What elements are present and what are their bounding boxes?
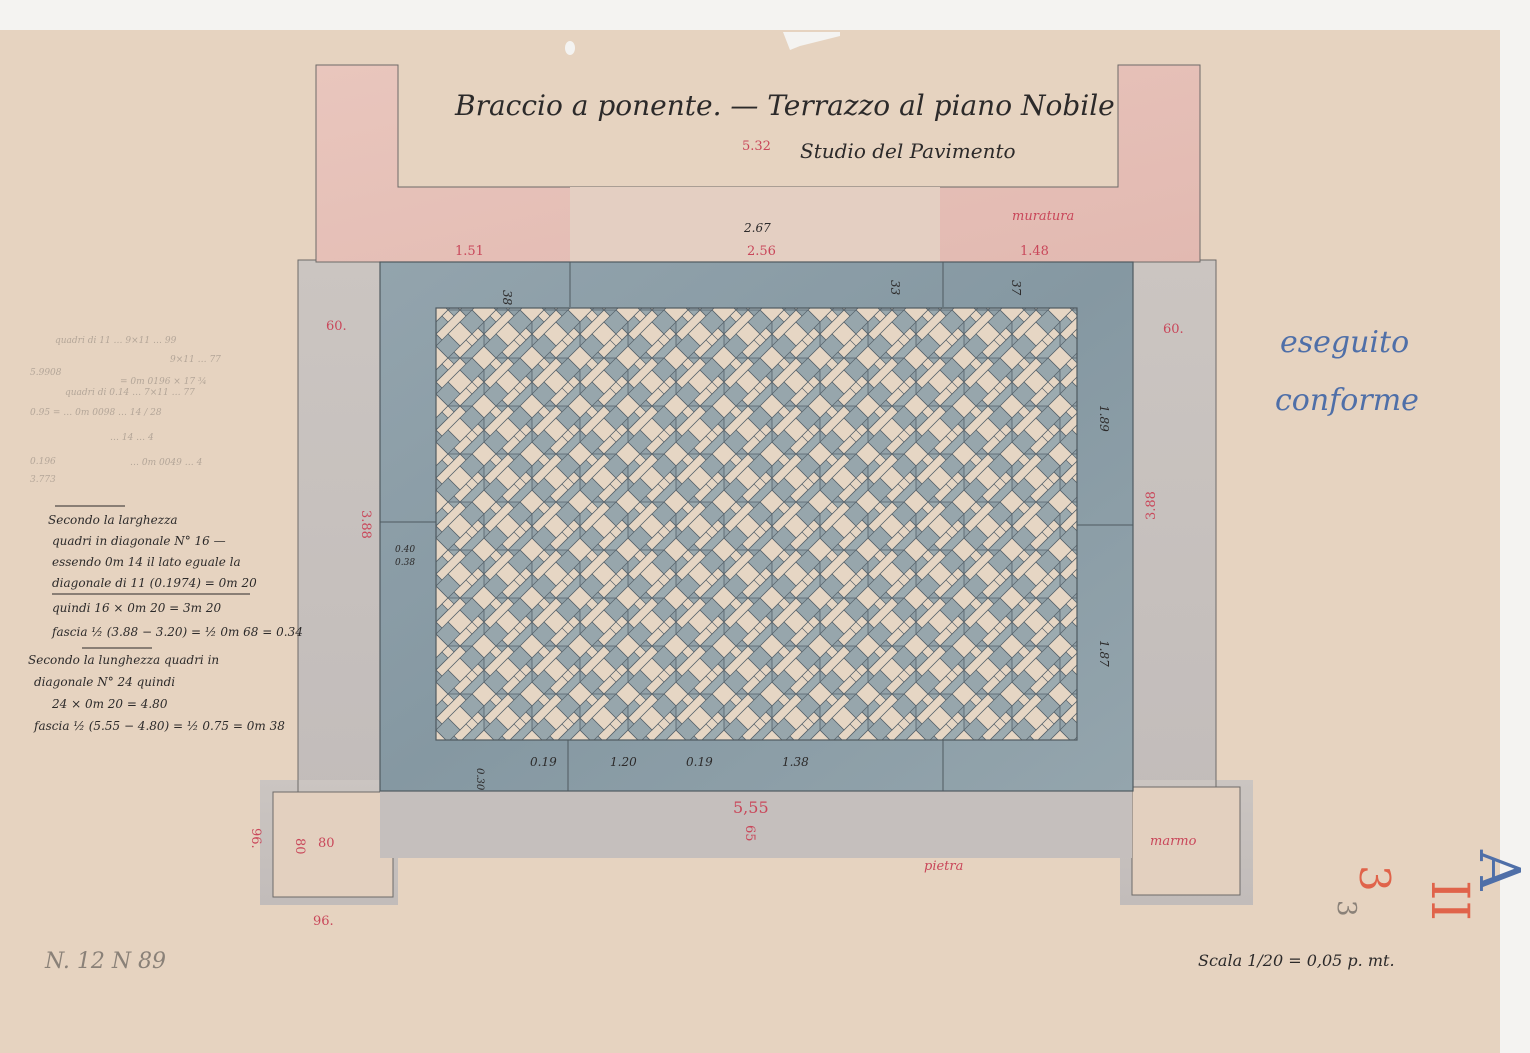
svg-text:eseguito: eseguito — [1280, 325, 1409, 360]
svg-text:= 0m 0196 × 17 ¾: = 0m 0196 × 17 ¾ — [120, 376, 207, 387]
dim-left-side: 60. — [326, 319, 347, 334]
dim-border-side-b: 0.38 — [395, 558, 415, 568]
label-muratura: muratura — [1012, 209, 1074, 224]
svg-text:quadri in diagonale N° 16 —: quadri in diagonale N° 16 — — [52, 534, 226, 548]
archive-mark-roman-ii: II — [1419, 880, 1479, 921]
svg-text:essendo 0m 14 il lato eguale l: essendo 0m 14 il lato eguale la — [52, 555, 241, 569]
architectural-drawing-sheet: 5.32 2.56 1.51 1.48 60. 60. 3.88 3.88 5,… — [0, 0, 1530, 1053]
svg-text:fascia ½ (3.88 − 3.20) = ½ 0m: fascia ½ (3.88 − 3.20) = ½ 0m 68 = 0.34 — [51, 625, 303, 639]
dim-left-pier-h: 96. — [248, 828, 263, 849]
svg-text:quadri di 0.14 … 7×11 … 77: quadri di 0.14 … 7×11 … 77 — [65, 388, 195, 398]
dim-center-wall: 2.56 — [747, 244, 776, 259]
svg-text:diagonale N° 24 quindi: diagonale N° 24 quindi — [34, 675, 175, 689]
archive-mark-pencil-3: 3 — [1331, 900, 1361, 917]
label-marmo: marmo — [1150, 834, 1197, 849]
dim-pier-inner-a: 80 — [292, 838, 307, 855]
lattice-field — [436, 308, 1077, 740]
dim-border-top-right: 37 — [1009, 280, 1023, 296]
svg-text:… 14 … 4: … 14 … 4 — [110, 433, 154, 443]
svg-text:quindi 16 × 0m 20 = 3m 20: quindi 16 × 0m 20 = 3m 20 — [52, 601, 222, 615]
dim-border-side-a: 0.40 — [395, 545, 415, 555]
dim-left-wall: 1.51 — [455, 244, 484, 259]
svg-text:conforme: conforme — [1275, 383, 1419, 418]
label-pietra: pietra — [924, 859, 963, 874]
dim-left-height: 3.88 — [358, 510, 373, 539]
svg-text:… 0m 0049 … 4: … 0m 0049 … 4 — [130, 458, 203, 468]
svg-text:3.773: 3.773 — [30, 475, 56, 485]
drawing-subtitle: Studio del Pavimento — [800, 139, 1016, 163]
dim-bottom-seg-3: 0.19 — [686, 755, 713, 769]
catalog-number: N. 12 N 89 — [44, 949, 166, 974]
dim-border-top-left: 38 — [500, 290, 514, 306]
dim-left-pier-w: 96. — [313, 914, 334, 929]
dim-right-side: 60. — [1163, 322, 1184, 337]
svg-text:9×11 … 77: 9×11 … 77 — [170, 355, 221, 365]
dim-border-right-b: 1.87 — [1097, 640, 1111, 667]
dim-border-top-mid: 33 — [888, 280, 902, 296]
pin-hole — [565, 41, 575, 55]
svg-text:diagonale di 11 (0.1974) = 0m: diagonale di 11 (0.1974) = 0m 20 — [52, 576, 257, 590]
dim-bottom-width: 5,55 — [733, 798, 769, 817]
svg-text:24 × 0m 20 = 4.80: 24 × 0m 20 = 4.80 — [51, 697, 168, 711]
dim-bottom-left-depth: 0.30 — [474, 768, 485, 791]
dim-opening: 2.67 — [743, 221, 771, 235]
dim-right-wall: 1.48 — [1020, 244, 1049, 259]
dim-right-height: 3.88 — [1144, 491, 1159, 520]
svg-text:0.95 = … 0m 0098 … 14 / 28: 0.95 = … 0m 0098 … 14 / 28 — [30, 408, 162, 418]
dim-border-right-a: 1.89 — [1097, 405, 1111, 432]
svg-text:quadri di 11 … 9×11 … 99: quadri di 11 … 9×11 … 99 — [55, 336, 177, 346]
dim-bottom-seg-2: 1.20 — [610, 755, 637, 769]
svg-text:Secondo la larghezza: Secondo la larghezza — [48, 513, 178, 527]
dim-bottom-depth: 65 — [742, 825, 757, 842]
svg-text:5.9908: 5.9908 — [30, 368, 62, 378]
dim-bottom-seg-4: 1.38 — [782, 755, 809, 769]
scale-note: Scala 1/20 = 0,05 p. mt. — [1198, 951, 1395, 970]
dim-top-inner: 5.32 — [742, 139, 771, 154]
dim-bottom-seg-1: 0.19 — [530, 755, 557, 769]
svg-text:fascia ½ (5.55 − 4.80) = ½ 0.7: fascia ½ (5.55 − 4.80) = ½ 0.75 = 0m 38 — [33, 719, 285, 733]
archive-mark-orange-3: 3 — [1350, 865, 1399, 892]
drawing-title: Braccio a ponente. — Terrazzo al piano N… — [454, 89, 1115, 122]
dim-pier-inner-b: 80 — [318, 836, 335, 851]
svg-text:0.196: 0.196 — [30, 457, 56, 467]
svg-text:Secondo la lunghezza quadri in: Secondo la lunghezza quadri in — [28, 653, 219, 667]
